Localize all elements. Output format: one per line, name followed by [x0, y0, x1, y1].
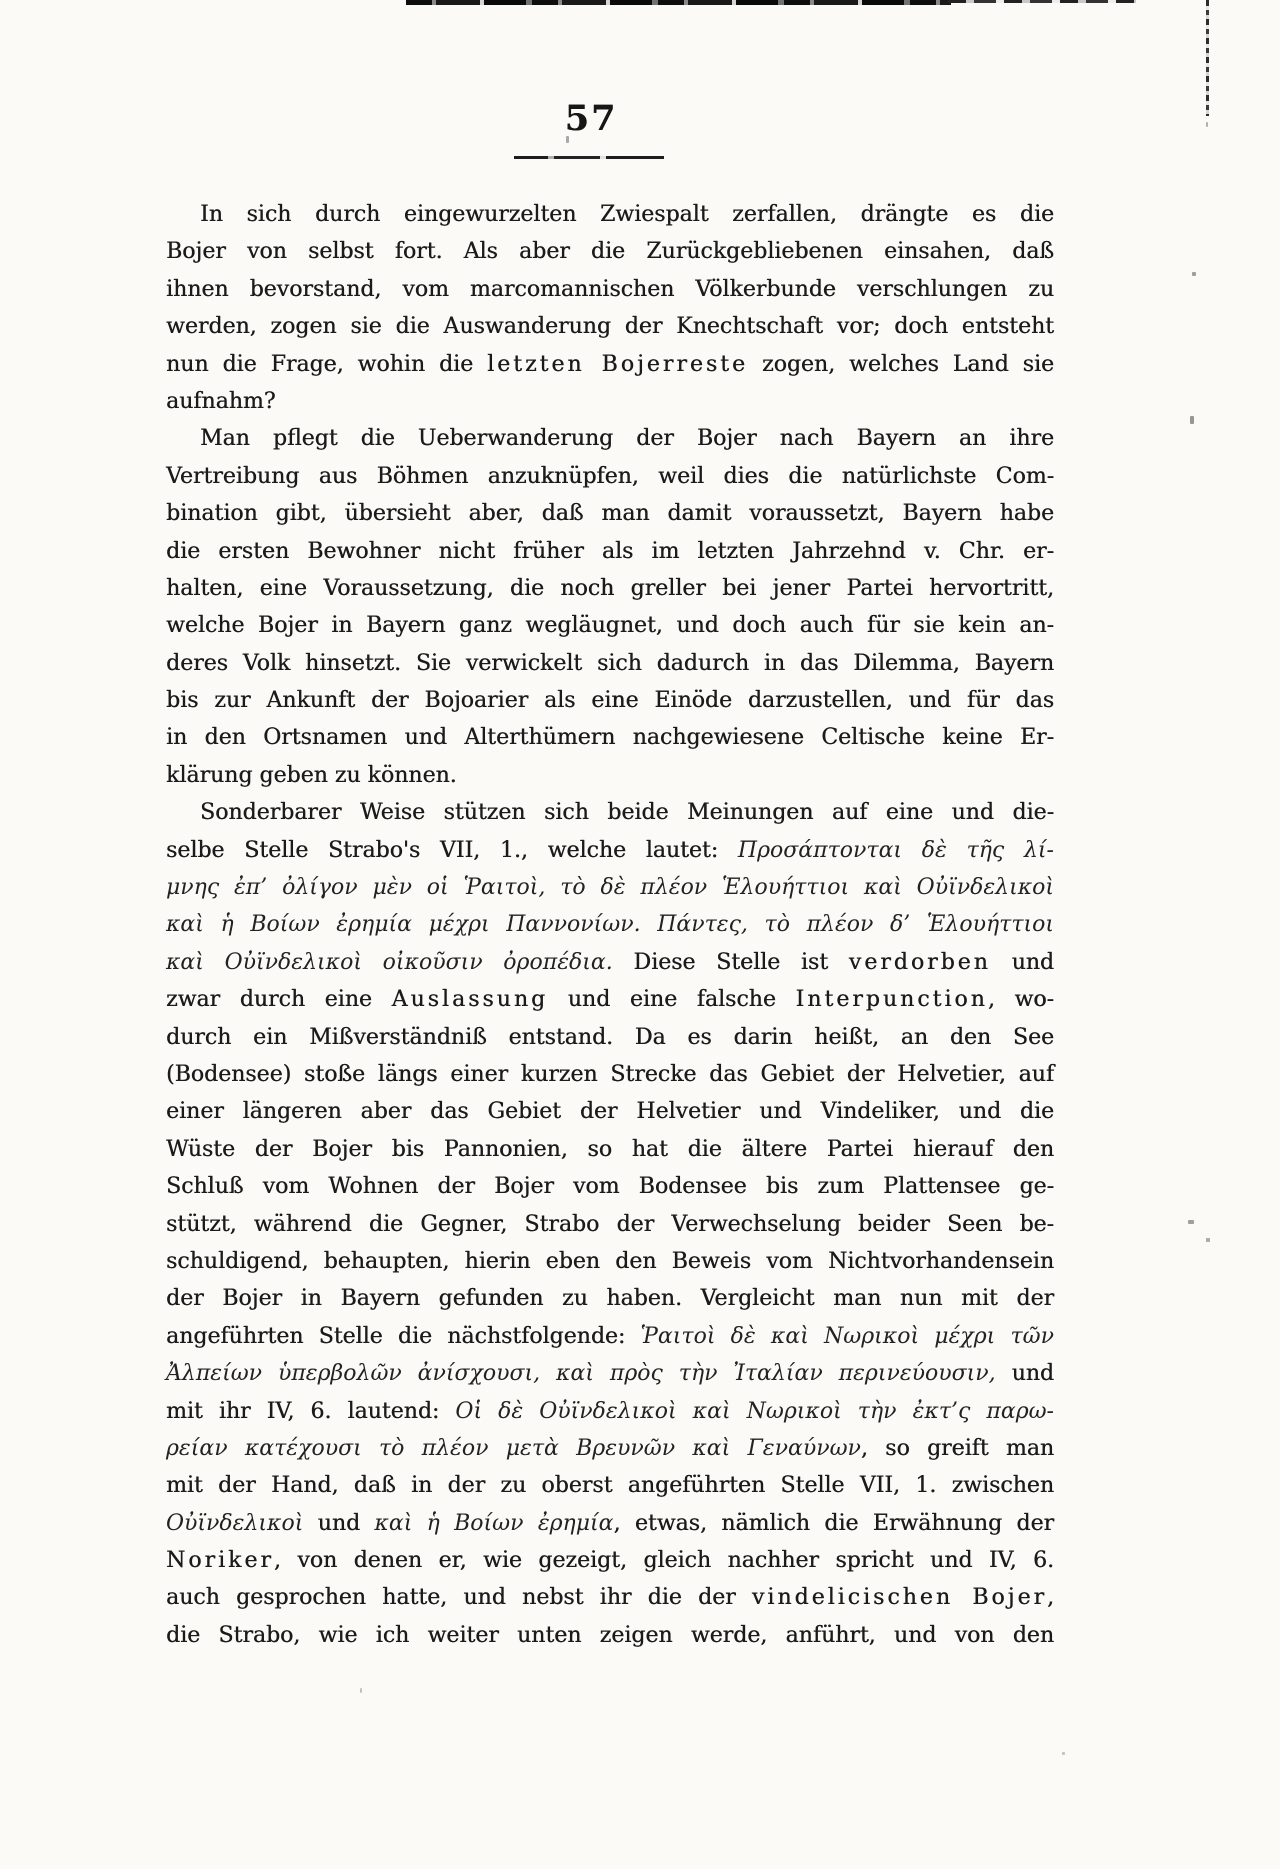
text-line: selbe Stelle Strabo's VII, 1., welche la…	[166, 832, 1054, 869]
body-text: zogen, welches Land sie	[748, 352, 1054, 377]
body-text: , so greift man	[861, 1436, 1054, 1461]
scan-speck	[1062, 1752, 1065, 1755]
emphasized-text: verdorben	[849, 950, 991, 975]
body-text: durch ein Mißverständniß entstand. Da es…	[166, 1025, 1054, 1050]
body-text: mit ihr IV, 6. lautend:	[166, 1399, 455, 1424]
scan-artifact-right-dashes	[1206, 0, 1209, 116]
text-line: deres Volk hinsetzt. Sie verwickelt sich…	[166, 645, 1054, 682]
emphasized-text: Interpunction	[796, 987, 988, 1012]
emphasized-text: Auslassung	[392, 987, 549, 1012]
emphasized-text: Noriker	[166, 1548, 274, 1573]
text-line: die Strabo, wie ich weiter unten zeigen …	[166, 1617, 1054, 1654]
text-line: zwar durch eine Auslassung und eine fals…	[166, 981, 1054, 1018]
body-text: Vertreibung aus Böhmen anzuknüpfen, weil…	[166, 464, 1054, 489]
text-line: bis zur Ankunft der Bojoarier als eine E…	[166, 682, 1054, 719]
body-text: werden, zogen sie die Auswanderung der K…	[166, 314, 1054, 339]
paragraph: In sich durch eingewurzelten Zwiespalt z…	[166, 196, 1054, 420]
body-text: , von denen er, wie gezeigt, gleich nach…	[274, 1548, 1054, 1573]
body-text: die ersten Bewohner nicht früher als im …	[166, 539, 1054, 564]
body-text: , wo-	[988, 987, 1054, 1012]
text-line: angeführten Stelle die nächstfolgende: Ῥ…	[166, 1318, 1054, 1355]
body-text: mit der Hand, daß in der zu oberst angef…	[166, 1473, 1054, 1498]
body-text: bis zur Ankunft der Bojoarier als eine E…	[166, 688, 1054, 713]
text-line: welche Bojer in Bayern ganz wegläugnet, …	[166, 607, 1054, 644]
scan-speck	[1192, 272, 1196, 276]
text-line: schuldigend, behaupten, hierin eben den …	[166, 1243, 1054, 1280]
scanned-book-page: { "page": { "number": "57" }, "document"…	[0, 0, 1280, 1869]
text-line: καὶ ἡ Βοίων ἐρημία μέχρι Παννονίων. Πάντ…	[166, 906, 1054, 943]
text-line: halten, eine Voraussetzung, die noch gre…	[166, 570, 1054, 607]
text-line: einer längeren aber das Gebiet der Helve…	[166, 1093, 1054, 1130]
page-number: 57	[166, 98, 1016, 139]
body-text: Wüste der Bojer bis Pannonien, so hat di…	[166, 1137, 1054, 1162]
text-line: klärung geben zu können.	[166, 757, 1054, 794]
text-line: bination gibt, übersieht aber, daß man d…	[166, 495, 1054, 532]
scan-speck	[360, 1688, 362, 1693]
body-text: Bojer von selbst fort. Als aber die Zurü…	[166, 239, 1054, 264]
scan-speck	[1188, 1220, 1194, 1224]
text-line: der Bojer in Bayern gefunden zu haben. V…	[166, 1280, 1054, 1317]
emphasized-text: vindelicischen Bojer	[752, 1585, 1047, 1610]
scan-speck	[1206, 1238, 1210, 1242]
greek-quotation: μνης ἐπ’ ὀλίγον μὲν οἱ Ῥαιτοὶ, τὸ δὲ πλέ…	[166, 875, 1054, 900]
text-line: werden, zogen sie die Auswanderung der K…	[166, 308, 1054, 345]
body-text: zwar durch eine	[166, 987, 392, 1012]
text-line: Vertreibung aus Böhmen anzuknüpfen, weil…	[166, 458, 1054, 495]
text-line: Οὐϊνδελικοὶ und καὶ ἡ Βοίων ἐρημία, etwa…	[166, 1505, 1054, 1542]
body-text: bination gibt, übersieht aber, daß man d…	[166, 501, 1054, 526]
text-line: mit ihr IV, 6. lautend: Οἱ δὲ Οὐϊνδελικο…	[166, 1393, 1054, 1430]
body-text: und	[996, 1361, 1054, 1386]
greek-quotation: καὶ ἡ Βοίων ἐρημία μέχρι Παννονίων. Πάντ…	[166, 912, 1054, 937]
body-text: ihnen bevorstand, vom marcomannischen Vö…	[166, 277, 1054, 302]
body-text: einer längeren aber das Gebiet der Helve…	[166, 1099, 1054, 1124]
text-line: καὶ Οὐϊνδελικοὶ οἰκοῦσιν ὀροπέδια. Diese…	[166, 944, 1054, 981]
body-text: klärung geben zu können.	[166, 763, 457, 788]
text-line: ρείαν κατέχουσι τὸ πλέον μετὰ Βρευνῶν κα…	[166, 1430, 1054, 1467]
text-line: Man pflegt die Ueberwanderung der Bojer …	[166, 420, 1054, 457]
greek-quotation: Ῥαιτοὶ δὲ καὶ Νωρικοὶ μέχρι τῶν	[641, 1324, 1054, 1349]
body-text: auch gesprochen hatte, und nebst ihr die…	[166, 1585, 752, 1610]
text-line: Sonderbarer Weise stützen sich beide Mei…	[166, 794, 1054, 831]
body-text: , etwas, nämlich die Erwähnung der	[614, 1511, 1054, 1536]
text-line: aufnahm?	[166, 383, 1054, 420]
text-block: In sich durch eingewurzelten Zwiespalt z…	[166, 196, 1054, 1654]
header-rule	[514, 156, 664, 159]
body-text: In sich durch eingewurzelten Zwiespalt z…	[200, 202, 1054, 227]
text-line: Schluß vom Wohnen der Bojer vom Bodensee…	[166, 1168, 1054, 1205]
body-text: die Strabo, wie ich weiter unten zeigen …	[166, 1623, 1054, 1648]
paragraph: Sonderbarer Weise stützen sich beide Mei…	[166, 794, 1054, 1654]
text-line: Bojer von selbst fort. Als aber die Zurü…	[166, 233, 1054, 270]
body-text: nun die Frage, wohin die	[166, 352, 487, 377]
text-line: mit der Hand, daß in der zu oberst angef…	[166, 1467, 1054, 1504]
body-text: aufnahm?	[166, 389, 276, 414]
body-text: halten, eine Voraussetzung, die noch gre…	[166, 576, 1054, 601]
emphasized-text: letzten Bojerreste	[487, 352, 748, 377]
greek-quotation: Οὐϊνδελικοὶ	[166, 1511, 303, 1536]
text-line: in den Ortsnamen und Alterthümern nachge…	[166, 719, 1054, 756]
body-text: Man pflegt die Ueberwanderung der Bojer …	[200, 426, 1054, 451]
scan-artifact-top-strip	[406, 0, 951, 5]
text-line: Ἀλπείων ὑπερβολῶν ἀνίσχουσι, καὶ πρὸς τὴ…	[166, 1355, 1054, 1392]
body-text: schuldigend, behaupten, hierin eben den …	[166, 1249, 1054, 1274]
text-line: durch ein Mißverständniß entstand. Da es…	[166, 1019, 1054, 1056]
greek-quotation: καὶ Οὐϊνδελικοὶ οἰκοῦσιν ὀροπέδια.	[166, 950, 613, 975]
text-line: ihnen bevorstand, vom marcomannischen Vö…	[166, 271, 1054, 308]
text-line: Wüste der Bojer bis Pannonien, so hat di…	[166, 1131, 1054, 1168]
body-text: angeführten Stelle die nächstfolgende:	[166, 1324, 641, 1349]
text-line: Noriker, von denen er, wie gezeigt, glei…	[166, 1542, 1054, 1579]
greek-quotation: ρείαν κατέχουσι τὸ πλέον μετὰ Βρευνῶν κα…	[166, 1436, 861, 1461]
body-text: Diese Stelle ist	[613, 950, 849, 975]
text-line: die ersten Bewohner nicht früher als im …	[166, 533, 1054, 570]
body-text: deres Volk hinsetzt. Sie verwickelt sich…	[166, 651, 1054, 676]
greek-quotation: Προσάπτονται δὲ τῆς λί-	[738, 838, 1054, 863]
text-line: auch gesprochen hatte, und nebst ihr die…	[166, 1579, 1054, 1616]
body-text: Sonderbarer Weise stützen sich beide Mei…	[200, 800, 1054, 825]
body-text: Schluß vom Wohnen der Bojer vom Bodensee…	[166, 1174, 1054, 1199]
greek-quotation: Ἀλπείων ὑπερβολῶν ἀνίσχουσι, καὶ πρὸς τὴ…	[166, 1361, 996, 1386]
text-line: In sich durch eingewurzelten Zwiespalt z…	[166, 196, 1054, 233]
scan-speck	[1206, 122, 1208, 127]
scan-speck	[1190, 416, 1194, 424]
greek-quotation: καὶ ἡ Βοίων ἐρημία	[374, 1511, 613, 1536]
body-text: (Bodensee) stoße längs einer kurzen Stre…	[166, 1062, 1054, 1087]
scan-artifact-top-strip-light	[948, 0, 1136, 3]
text-line: (Bodensee) stoße längs einer kurzen Stre…	[166, 1056, 1054, 1093]
body-text: welche Bojer in Bayern ganz wegläugnet, …	[166, 613, 1054, 638]
text-line: nun die Frage, wohin die letzten Bojerre…	[166, 346, 1054, 383]
greek-quotation: Οἱ δὲ Οὐϊνδελικοὶ καὶ Νωρικοὶ τὴν ἐκτ’ς …	[455, 1399, 1054, 1424]
body-text: stützt, während die Gegner, Strabo der V…	[166, 1212, 1054, 1237]
body-text: ,	[1047, 1585, 1054, 1610]
body-text: der Bojer in Bayern gefunden zu haben. V…	[166, 1286, 1054, 1311]
body-text: und eine falsche	[548, 987, 795, 1012]
paragraph: Man pflegt die Ueberwanderung der Bojer …	[166, 420, 1054, 794]
body-text: und	[303, 1511, 374, 1536]
text-line: stützt, während die Gegner, Strabo der V…	[166, 1206, 1054, 1243]
body-text: und	[991, 950, 1054, 975]
body-text: in den Ortsnamen und Alterthümern nachge…	[166, 725, 1054, 750]
body-text: selbe Stelle Strabo's VII, 1., welche la…	[166, 838, 738, 863]
text-line: μνης ἐπ’ ὀλίγον μὲν οἱ Ῥαιτοὶ, τὸ δὲ πλέ…	[166, 869, 1054, 906]
